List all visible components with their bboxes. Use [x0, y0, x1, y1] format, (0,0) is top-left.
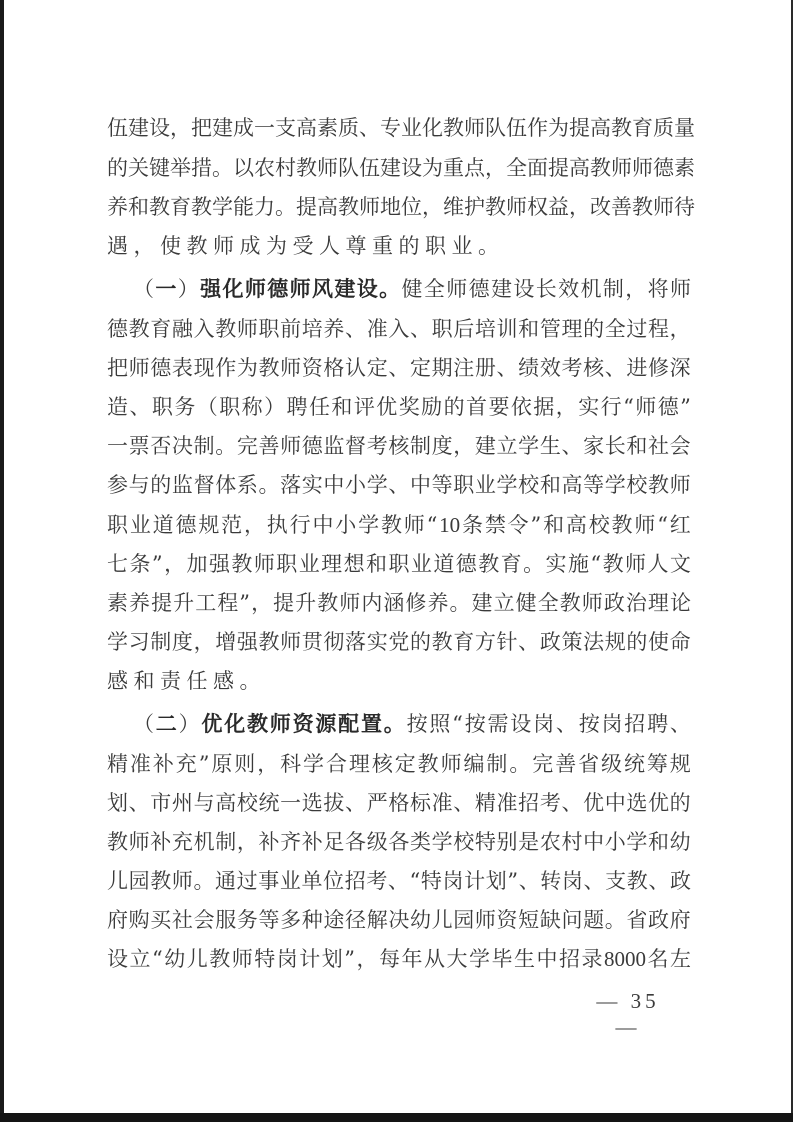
document-page: 伍建设，把建成一支高素质、专业化教师队伍作为提高教育质量的关键举措。以农村教师队…	[0, 0, 793, 1113]
text-line: 参与的监督体系。落实中小学、中等职业学校和高等学校教师	[107, 470, 691, 500]
text-line: 素养提升工程”，提升教师内涵修养。建立健全教师政治理论	[107, 588, 691, 618]
text-line: 职业道德规范，执行中小学教师“10条禁令”和高校教师“红	[107, 510, 691, 540]
text-line: （一）强化师德师风建设。健全师德建设长效机制，将师	[133, 274, 691, 304]
text-line: 养和教育教学能力。提高教师地位，维护教师权益，改善教师待	[107, 192, 691, 222]
text-line: 划、市州与高校统一选拔、严格标准、精准招考、优中选优的	[107, 788, 691, 818]
text-line: 遇，使教师成为受人尊重的职业。	[107, 231, 691, 261]
text-line: 府购买社会服务等多种途径解决幼儿园师资短缺问题。省政府	[107, 905, 691, 935]
text-line: 的关键举措。以农村教师队伍建设为重点，全面提高教师师德素	[107, 153, 691, 183]
text-line: 一票否决制。完善师德监督考核制度，建立学生、家长和社会	[107, 431, 691, 461]
text-line: 精准补充”原则，科学合理核定教师编制。完善省级统筹规	[107, 749, 691, 779]
text-line: 设立“幼儿教师特岗计划”，每年从大学毕生中招录8000名左	[107, 944, 691, 974]
text-line: 伍建设，把建成一支高素质、专业化教师队伍作为提高教育质量	[107, 113, 691, 143]
text-line: 把师德表现作为教师资格认定、定期注册、绩效考核、进修深	[107, 353, 691, 383]
text-line: 教师补充机制，补齐补足各级各类学校特别是农村中小学和幼	[107, 827, 691, 857]
text-line: （二）优化教师资源配置。按照“按需设岗、按岗招聘、	[133, 709, 691, 739]
text-line: 造、职务（职称）聘任和评优奖励的首要依据，实行“师德”	[107, 392, 691, 422]
text-line: 感和责任感。	[107, 666, 691, 696]
text-line: 学习制度，增强教师贯彻落实党的教育方针、政策法规的使命	[107, 627, 691, 657]
text-line: 七条”，加强教师职业理想和职业道德教育。实施“教师人文	[107, 549, 691, 579]
text-line: 德教育融入教师职前培养、准入、职后培训和管理的全过程，	[107, 314, 691, 344]
text-line: 儿园教师。通过事业单位招考、“特岗计划”、转岗、支教、政	[107, 866, 691, 896]
page-number: — 35 —	[583, 988, 673, 1040]
scan-border-bottom	[0, 1113, 793, 1122]
